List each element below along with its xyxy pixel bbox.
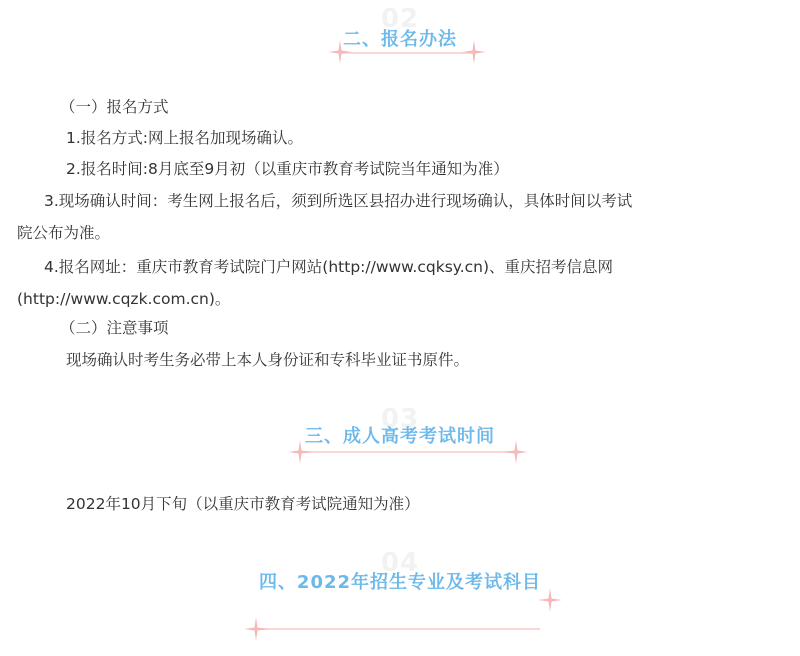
section-title: 四、2022年招生专业及考试科目	[0, 568, 800, 594]
list-item-continued: 院公布为准。	[17, 223, 110, 243]
subsection-heading: （一）报名方式	[60, 97, 169, 117]
list-item: 3.现场确认时间：考生网上报名后，须到所选区县招办进行现场确认，具体时间以考试	[44, 191, 632, 211]
sparkle-icon	[538, 588, 562, 612]
sparkle-icon	[328, 40, 352, 64]
subsection-heading: （二）注意事项	[60, 318, 169, 338]
section-heading-3: 03 三、成人高考考试时间	[0, 398, 800, 478]
list-item-continued: (http://www.cqzk.com.cn)。	[17, 289, 230, 309]
sparkle-icon	[462, 40, 486, 64]
section-heading-4: 04 四、2022年招生专业及考试科目	[0, 548, 800, 656]
list-item: 1.报名方式:网上报名加现场确认。	[66, 128, 303, 148]
notice-text: 现场确认时考生务必带上本人身份证和专科毕业证书原件。	[66, 350, 469, 370]
section-title: 二、报名办法	[0, 25, 800, 51]
heading-underline	[256, 628, 540, 630]
sparkle-icon	[244, 617, 268, 641]
exam-time-text: 2022年10月下旬（以重庆市教育考试院通知为准）	[66, 494, 420, 514]
heading-underline	[340, 52, 472, 54]
list-item: 2.报名时间:8月底至9月初（以重庆市教育考试院当年通知为准）	[66, 159, 509, 179]
sparkle-icon	[504, 440, 528, 464]
list-item: 4.报名网址：重庆市教育考试院门户网站(http://www.cqksy.cn)…	[44, 257, 613, 277]
section-heading-2: 02 二、报名办法	[0, 0, 800, 80]
section-title: 三、成人高考考试时间	[0, 422, 800, 448]
heading-underline	[300, 451, 515, 453]
sparkle-icon	[288, 440, 312, 464]
